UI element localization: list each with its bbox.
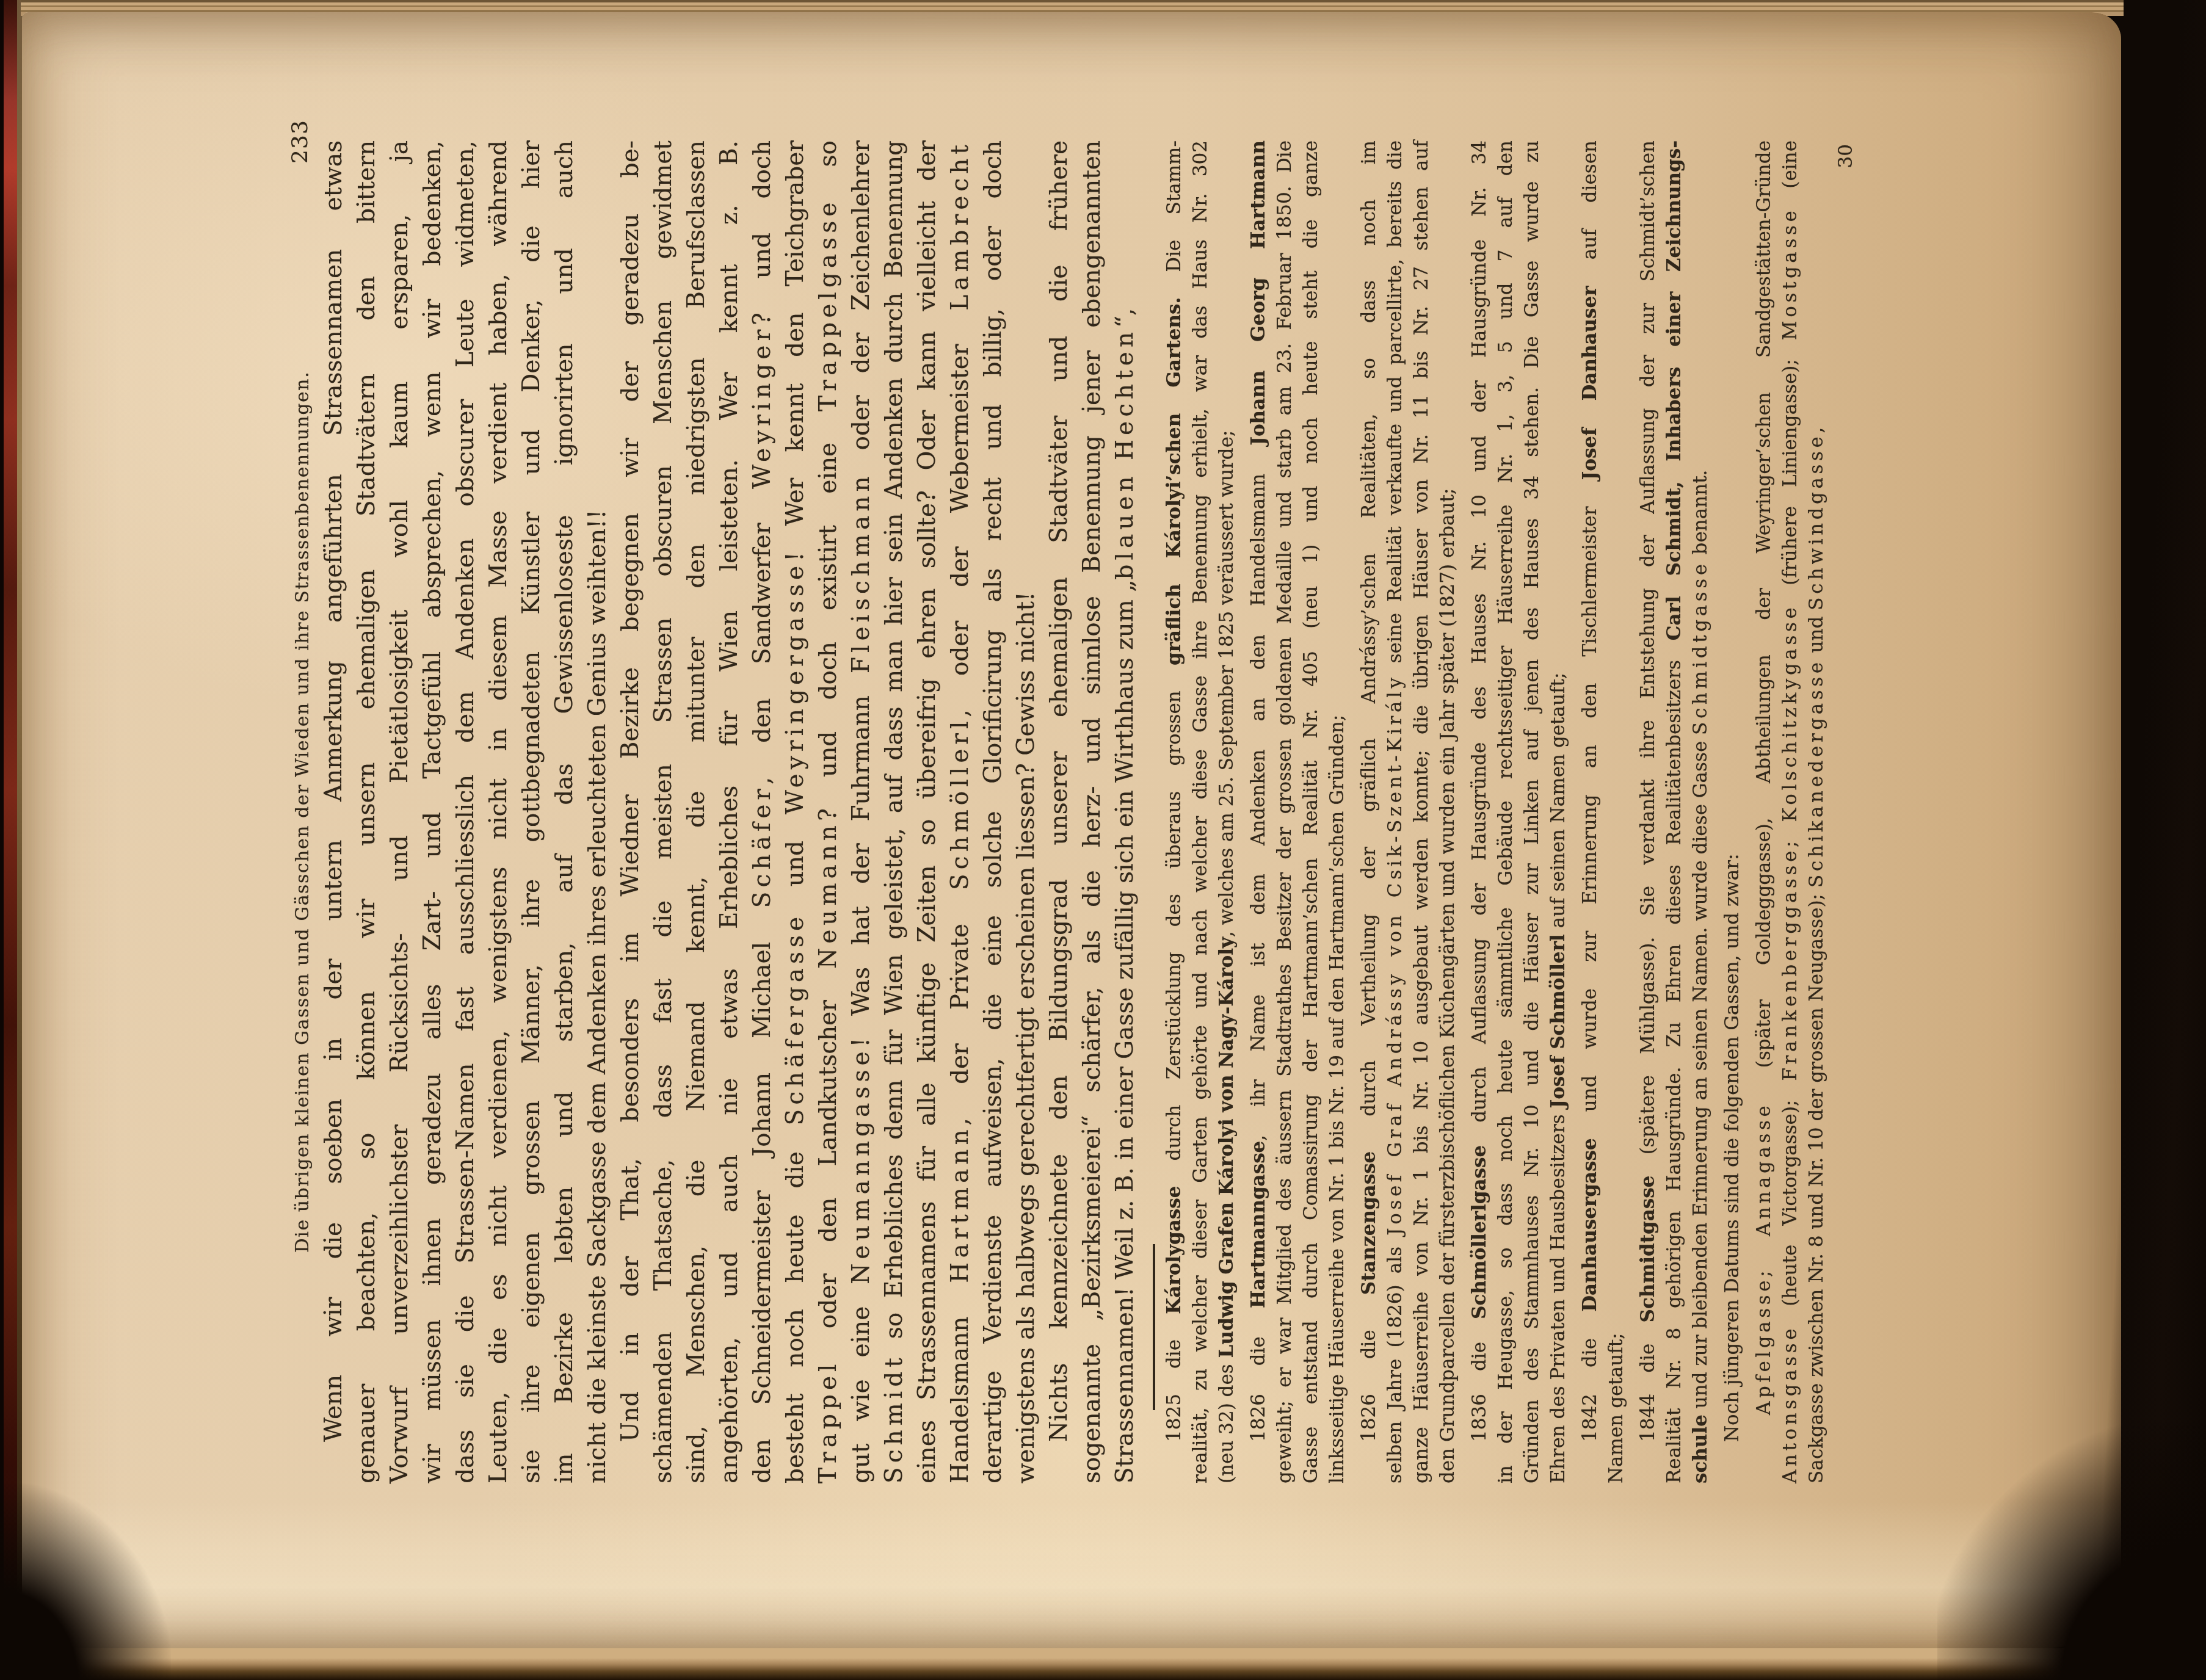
paragraph: 1826 die Stanzengasse durch Vertheilung …	[1356, 140, 1461, 1483]
letterspaced-text: Schmöllerl	[946, 717, 974, 889]
text-line: eines Strassennamens für alle künftige Z…	[911, 140, 944, 1483]
text-segment: oder der Zeichenlehrer	[847, 140, 875, 472]
text-segment: (neu 32) des	[1216, 1358, 1238, 1483]
text-line: sogenannte „Bezirksmeierei“ schärfer, al…	[1076, 140, 1109, 1483]
text-segment: ! Wer kennt den Teichgraber	[782, 140, 809, 562]
text-segment: und wurde zur Erinnerung an den Tischler…	[1579, 480, 1601, 1138]
text-line: genauer beachten, so können wir unsern e…	[350, 140, 383, 1483]
text-line: 1825 die Károlygasse durch Zerstücklung …	[1161, 140, 1188, 1483]
text-line: Strassennamen! Weil z. B. in einer Gasse…	[1109, 140, 1142, 1483]
letterspaced-text: Schikanedergasse	[1805, 659, 1827, 888]
text-segment: Realität Nr. 8 gehörigen Hausgründe. Zu …	[1663, 640, 1685, 1483]
text-segment: dass sie die Strassen-Namen fast ausschl…	[452, 140, 479, 1483]
text-segment: , der Private	[946, 890, 974, 1125]
text-segment: 1825 die	[1163, 1314, 1185, 1442]
text-line: sie ihre eigenen grossen Männer, ihre go…	[515, 140, 548, 1483]
letterspaced-text: Schmidtgasse	[1689, 560, 1711, 735]
text-segment: durch Auflassung der Hausgründe des Haus…	[1468, 140, 1490, 1145]
text-segment: ? und doch	[749, 140, 776, 325]
text-block: Wenn wir die soeben in der untern Anmerk…	[317, 140, 1830, 1483]
text-segment: , welches am 25. September 1825 veräusse…	[1216, 430, 1238, 937]
text-line: 1842 die Danhausergasse und wurde zur Er…	[1577, 140, 1603, 1483]
text-segment: auf seinen Namen getauft;	[1547, 673, 1569, 935]
text-segment: 1836 die	[1468, 1319, 1490, 1442]
text-segment: sind, Menschen, die Niemand kennt, die m…	[683, 140, 710, 1483]
text-segment: besteht noch heute die	[782, 1126, 809, 1483]
text-line: geweiht; er war Mitglied des äussern Sta…	[1272, 140, 1298, 1483]
running-header: Die übrigen kleinen Gassen und Gässchen …	[288, 140, 317, 1483]
text-line: Trappel oder den Landkutscher Neumann? u…	[812, 140, 845, 1483]
text-segment: sogenannte „Bezirksmeierei“ schärfer, al…	[1078, 140, 1106, 1483]
text-segment: ;	[1753, 1236, 1775, 1277]
fraktur-text: Hartmanngasse	[1247, 1141, 1269, 1308]
text-line: Namen getauft;	[1603, 140, 1630, 1483]
text-segment: auf diesen	[1579, 140, 1601, 286]
letterspaced-text: Annagasse	[1753, 1102, 1775, 1236]
text-segment: nicht die kleinste Sackgasse dem Andenke…	[584, 510, 611, 1483]
fraktur-text: Schmidtgasse	[1637, 1176, 1659, 1323]
text-segment: Leuten, die es nicht verdienen, wenigste…	[485, 140, 512, 1483]
fraktur-text: Carl Schmidt, Inhabers einer Zeichnungs-	[1663, 140, 1685, 640]
text-line: Gründen des Stammhauses Nr. 10 und die H…	[1519, 140, 1545, 1483]
text-line: Gasse entstand durch Comassirung der Har…	[1298, 140, 1324, 1483]
text-line: besteht noch heute die Schäfergasse und …	[779, 140, 812, 1483]
letterspaced-text: Trappel	[815, 1360, 842, 1483]
letterspaced-text: Neumanngasse	[847, 1047, 875, 1284]
letterspaced-text: Hartmann	[946, 1125, 974, 1283]
text-segment: 1842 die	[1579, 1312, 1601, 1442]
paragraph: 1844 die Schmidtgasse (spätere Mühlgasse…	[1635, 140, 1714, 1483]
fraktur-text: schule	[1689, 1414, 1711, 1483]
text-segment: gut wie eine	[847, 1284, 875, 1483]
text-segment: Namen getauft;	[1605, 1333, 1627, 1483]
text-segment: wenigstens als halbwegs gerechtfertigt e…	[1012, 592, 1040, 1483]
text-segment: Wenn wir die soeben in der untern Anmerk…	[320, 140, 347, 1442]
text-segment: (heute Victorgasse);	[1779, 1081, 1801, 1325]
text-segment: Noch jüngeren Datums sind die folgenden …	[1721, 853, 1743, 1442]
text-line: Nichts kennzeichnete den Bildungsgrad un…	[1043, 140, 1076, 1483]
text-line: derartige Verdienste aufweisen, die eine…	[977, 140, 1010, 1483]
book-photo: Die übrigen kleinen Gassen und Gässchen …	[0, 0, 2206, 1680]
text-segment: “,	[1111, 308, 1139, 328]
text-segment: (spätere Mühlgasse). Sie verdankt ihre E…	[1637, 140, 1659, 1176]
letterspaced-text: Schwindgasse	[1805, 433, 1827, 610]
text-segment: ! Was hat der Fuhrmann	[847, 673, 875, 1047]
page-number: 233	[286, 120, 315, 164]
letterspaced-text: Kolschitzkygasse	[1779, 604, 1801, 822]
text-line: im Bezirke lebten und starben, auf das G…	[548, 140, 581, 1483]
text-segment: benannt.	[1689, 470, 1711, 561]
text-segment: (frühere Liniengasse);	[1779, 340, 1801, 604]
paragraph: 1826 die Hartmanngasse, ihr Name ist dem…	[1246, 140, 1351, 1483]
paragraph: 1825 die Károlygasse durch Zerstücklung …	[1161, 140, 1240, 1483]
fraktur-text: Károlygasse	[1163, 1186, 1185, 1314]
letterspaced-text: Trappelgasse	[815, 198, 842, 411]
text-segment: realität, zu welcher dieser Garten gehör…	[1189, 140, 1211, 1483]
page-stack-edge-bottom	[17, 1648, 2130, 1680]
text-segment: in der Heugasse, so dass noch heute sämm…	[1495, 140, 1517, 1483]
text-line: Handelsmann Hartmann, der Private Schmöl…	[944, 140, 977, 1483]
text-line: 1844 die Schmidtgasse (spätere Mühlgasse…	[1635, 140, 1661, 1483]
text-segment: und	[782, 814, 809, 913]
letterspaced-text: Schäfergasse	[782, 913, 809, 1126]
text-line: Sackgasse zwischen Nr. 8 und Nr. 10 der …	[1804, 140, 1830, 1483]
letterspaced-text: Weyringergasse	[782, 562, 809, 815]
paragraph: Und in der That, besonders im Wiedner Be…	[614, 140, 1043, 1483]
text-line: sind, Menschen, die Niemand kennt, die m…	[680, 140, 713, 1483]
text-line: Und in der That, besonders im Wiedner Be…	[614, 140, 647, 1483]
letterspaced-text: Neumann	[815, 821, 842, 969]
paragraph: Apfelgasse; Annagasse (später Goldegggas…	[1751, 140, 1830, 1483]
fraktur-text: gräflich Károlyi’schen Gartens.	[1163, 297, 1185, 665]
text-segment: angehörten, und auch nie etwas Erheblich…	[716, 140, 743, 1483]
text-segment: linksseitige Häuserreihe von Nr. 1 bis N…	[1326, 714, 1348, 1483]
book-cover-edge	[4, 0, 18, 1680]
text-line: den Schneidermeister Johann Michael Schä…	[746, 140, 779, 1483]
text-segment: den Grundparcellen der fürsterzbischöfli…	[1437, 488, 1459, 1483]
text-line: 1826 die Stanzengasse durch Vertheilung …	[1356, 140, 1382, 1483]
text-segment: Ehren des Privaten und Hausbesitzers	[1547, 1109, 1569, 1484]
text-segment: ,	[1805, 427, 1827, 433]
text-line: Realität Nr. 8 gehörigen Hausgründe. Zu …	[1661, 140, 1688, 1483]
letterspaced-text: blauen Hechten	[1111, 328, 1139, 580]
text-segment: 1826 die	[1358, 1295, 1380, 1442]
text-segment: Vorwurf unverzeihlichster Rücksichts- un…	[386, 140, 413, 1483]
letterspaced-text: Mostgasse	[1779, 208, 1801, 340]
text-line: wenigstens als halbwegs gerechtfertigt e…	[1010, 140, 1043, 1483]
text-segment: derartige Verdienste aufweisen, die eine…	[979, 140, 1007, 1483]
text-segment: 1844 die	[1637, 1322, 1659, 1442]
text-segment: ? und doch existirt eine	[815, 411, 842, 821]
letterspaced-text: Lambrecht	[946, 140, 974, 311]
text-line: Schmidt so Erhebliches denn für Wien gel…	[878, 140, 911, 1483]
text-line: gut wie eine Neumanngasse! Was hat der F…	[845, 140, 878, 1483]
text-segment: genauer beachten, so können wir unsern e…	[353, 140, 380, 1483]
text-line: schämenden Thatsache, dass fast die meis…	[647, 140, 680, 1483]
text-segment: Gasse entstand durch Comassirung der Har…	[1300, 140, 1322, 1483]
text-line: Noch jüngeren Datums sind die folgenden …	[1719, 140, 1746, 1483]
letterspaced-text: Josef Graf Andrássy von Csik-Szent-Királ…	[1384, 674, 1406, 1235]
letterspaced-text: Fleischmann	[847, 472, 875, 673]
paragraph: Noch jüngeren Datums sind die folgenden …	[1719, 140, 1746, 1483]
paragraph: 1842 die Danhausergasse und wurde zur Er…	[1577, 140, 1630, 1483]
text-segment: 1826 die	[1247, 1308, 1269, 1442]
fraktur-text: Josef Schmöllerl	[1547, 934, 1569, 1108]
text-segment: Die Stamm-	[1163, 140, 1185, 297]
fraktur-text: Danhausergasse	[1579, 1138, 1601, 1312]
text-segment: , den Sandwerfer	[749, 489, 776, 784]
signature-mark: 30	[1835, 140, 1857, 1483]
text-line: 1836 die Schmöllerlgasse durch Auflassun…	[1467, 140, 1493, 1483]
text-segment: den Schneidermeister Johann Michael	[749, 908, 776, 1483]
footnote-separator	[1153, 1244, 1155, 1410]
text-segment: schämenden Thatsache, dass fast die meis…	[650, 140, 677, 1483]
text-line: in der Heugasse, so dass noch heute sämm…	[1493, 140, 1519, 1483]
fraktur-text: Stanzengasse	[1358, 1151, 1380, 1295]
text-line: linksseitige Häuserreihe von Nr. 1 bis N…	[1324, 140, 1351, 1483]
running-header-title: Die übrigen kleinen Gassen und Gässchen …	[292, 371, 313, 1253]
text-line: ganze Häuserreihe von Nr. 1 bis Nr. 10 a…	[1409, 140, 1435, 1483]
text-segment: durch Zerstücklung des überaus grossen	[1163, 665, 1185, 1186]
text-segment: geweiht; er war Mitglied des äussern Sta…	[1274, 140, 1296, 1483]
text-segment: Strassennamen! Weil z. B. in einer Gasse…	[1111, 580, 1139, 1483]
letterspaced-text: Frankenberggasse	[1779, 847, 1801, 1081]
text-segment: (später Goldegggasse), Abtheilungen der …	[1753, 140, 1775, 1102]
text-segment: und	[1805, 610, 1827, 659]
text-segment: und zur bleibenden Erinnerung an seinen …	[1689, 735, 1711, 1414]
paragraph: Wenn wir die soeben in der untern Anmerk…	[317, 140, 614, 1483]
text-line: selben Jahre (1826) als Josef Graf Andrá…	[1382, 140, 1409, 1483]
fraktur-text: Schmöllerlgasse	[1468, 1145, 1490, 1319]
text-segment: Nichts kennzeichnete den Bildungsgrad un…	[1045, 140, 1073, 1442]
text-line: wir müssen ihnen geradezu alles Zart- un…	[416, 140, 449, 1483]
paragraph: 1836 die Schmöllerlgasse durch Auflassun…	[1467, 140, 1572, 1483]
letterspaced-text: Schäfer	[749, 784, 776, 908]
text-line: Antonsgasse (heute Victorgasse); Franken…	[1777, 140, 1804, 1483]
text-segment: Sackgasse zwischen Nr. 8 und Nr. 10 der …	[1805, 888, 1827, 1483]
text-segment: Handelsmann	[946, 1283, 974, 1483]
text-line: nicht die kleinste Sackgasse dem Andenke…	[581, 140, 614, 1483]
text-segment: seine Realität verkaufte und parcellirte…	[1384, 140, 1406, 674]
text-line: Ehren des Privaten und Hausbesitzers Jos…	[1545, 140, 1572, 1483]
text-segment: Gründen des Stammhauses Nr. 10 und die H…	[1521, 140, 1543, 1483]
text-segment: so Erhebliches denn für Wien geleistet, …	[880, 140, 908, 1353]
text-line: angehörten, und auch nie etwas Erheblich…	[713, 140, 746, 1483]
text-segment: eines Strassennamens für alle künftige Z…	[913, 140, 941, 1483]
text-segment: , oder der Webermeister	[946, 311, 974, 717]
text-line: den Grundparcellen der fürsterzbischöfli…	[1435, 140, 1461, 1483]
text-line: Wenn wir die soeben in der untern Anmerk…	[317, 140, 350, 1483]
fraktur-text: Johann Georg Hartmann	[1247, 140, 1269, 446]
text-segment: ;	[1779, 822, 1801, 847]
text-line: (neu 32) des Ludwig Grafen Károlyi von N…	[1214, 140, 1240, 1483]
letterspaced-text: Schmidt	[880, 1353, 908, 1483]
page-content-rotated: Die übrigen kleinen Gassen und Gässchen …	[22, 12, 2121, 1649]
text-segment: ganze Häuserreihe von Nr. 1 bis Nr. 10 a…	[1410, 140, 1432, 1483]
fraktur-text: Josef Danhauser	[1579, 286, 1601, 480]
text-segment: Und in der That, besonders im Wiedner Be…	[617, 140, 644, 1442]
text-segment: oder den Landkutscher	[815, 969, 842, 1360]
text-segment: (eine	[1779, 140, 1801, 208]
text-line: schule und zur bleibenden Erinnerung an …	[1688, 140, 1714, 1483]
text-segment: wir müssen ihnen geradezu alles Zart- un…	[419, 140, 446, 1483]
letterspaced-text: Apfelgasse	[1753, 1277, 1775, 1415]
text-line: 1826 die Hartmanngasse, ihr Name ist dem…	[1246, 140, 1272, 1483]
text-line: Leuten, die es nicht verdienen, wenigste…	[482, 140, 515, 1483]
letterspaced-text: Weyringer	[749, 325, 776, 489]
text-segment: sie ihre eigenen grossen Männer, ihre go…	[518, 140, 545, 1483]
text-segment: , ihr Name ist dem Andenken an den Hande…	[1247, 446, 1269, 1141]
page-content: Die übrigen kleinen Gassen und Gässchen …	[22, 140, 1857, 1483]
text-segment: im Bezirke lebten und starben, auf das G…	[551, 140, 578, 1483]
letterspaced-text: Antonsgasse	[1779, 1325, 1801, 1483]
fraktur-text: Ludwig Grafen Károlyi von Nagy-Károly	[1216, 937, 1238, 1358]
text-line: dass sie die Strassen-Namen fast ausschl…	[449, 140, 482, 1483]
text-segment: selben Jahre (1826) als	[1384, 1236, 1406, 1483]
text-line: Vorwurf unverzeihlichster Rücksichts- un…	[383, 140, 416, 1483]
book-page: Die übrigen kleinen Gassen und Gässchen …	[22, 12, 2121, 1649]
text-segment: so	[815, 140, 842, 198]
text-line: realität, zu welcher dieser Garten gehör…	[1188, 140, 1214, 1483]
paragraph: Nichts kennzeichnete den Bildungsgrad un…	[1043, 140, 1142, 1483]
text-line: Apfelgasse; Annagasse (später Goldegggas…	[1751, 140, 1777, 1483]
text-segment: durch Vertheilung der gräflich Andrássy’…	[1358, 140, 1380, 1151]
